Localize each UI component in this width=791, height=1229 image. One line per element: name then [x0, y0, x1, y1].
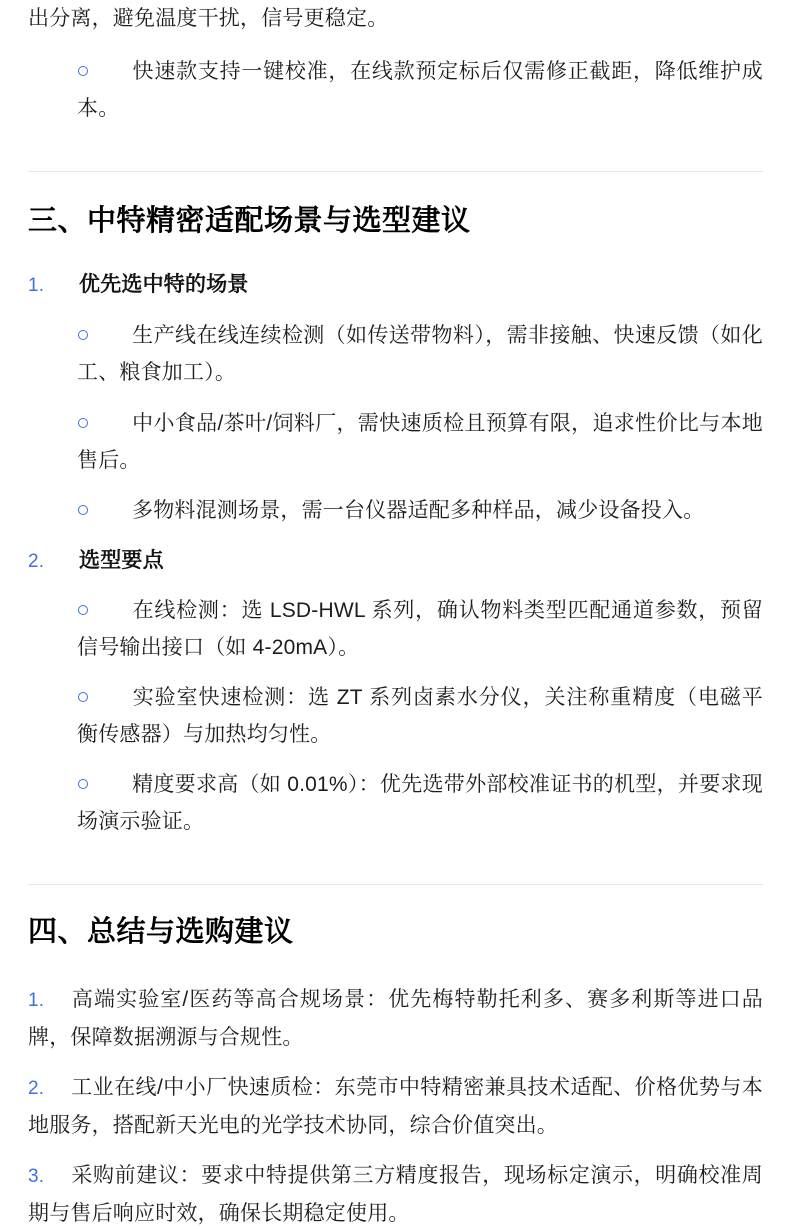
list-number-marker: 2. — [28, 543, 79, 580]
paragraph-text: 出分离，避免温度干扰，信号更稳定。 — [28, 7, 388, 30]
bullet-list-item: 快速款支持一键校准，在线款预定标后仅需修正截距，降低维护成本。 — [77, 53, 763, 127]
numbered-heading-text: 选型要点 — [79, 549, 164, 572]
bullet-text: 多物料混测场景，需一台仪器适配多种样品，减少设备投入。 — [132, 499, 704, 522]
circle-bullet-icon — [78, 505, 88, 515]
document-page: 出分离，避免温度干扰，信号更稳定。 快速款支持一键校准，在线款预定标后仅需修正截… — [0, 0, 791, 1229]
paragraph-continuation: 出分离，避免温度干扰，信号更稳定。 — [28, 0, 763, 37]
section-heading: 四、总结与选购建议 — [28, 912, 763, 953]
bullet-list-item: 多物料混测场景，需一台仪器适配多种样品，减少设备投入。 — [77, 492, 763, 529]
circle-bullet-icon — [78, 605, 88, 615]
bullet-list-item: 生产线在线连续检测（如传送带物料），需非接触、快速反馈（如化工、粮食加工）。 — [77, 317, 763, 391]
list-number-marker: 3. — [28, 1158, 71, 1195]
circle-bullet-icon — [78, 330, 88, 340]
bullet-text: 实验室快速检测：选 ZT 系列卤素水分仪，关注称重精度（电磁平衡传感器）与加热均… — [77, 686, 763, 746]
numbered-list-item: 3.采购前建议：要求中特提供第三方精度报告，现场标定演示，明确校准周期与售后响应… — [28, 1157, 763, 1229]
section-heading: 三、中特精密适配场景与选型建议 — [28, 201, 763, 242]
bullet-text: 快速款支持一键校准，在线款预定标后仅需修正截距，降低维护成本。 — [77, 60, 763, 120]
bullet-text: 在线检测：选 LSD-HWL 系列，确认物料类型匹配通道参数，预留信号输出接口（… — [77, 599, 763, 659]
section-divider — [28, 171, 763, 172]
circle-bullet-icon — [78, 779, 88, 789]
numbered-heading-text: 优先选中特的场景 — [79, 273, 249, 296]
section-divider — [28, 884, 763, 885]
numbered-item-text: 采购前建议：要求中特提供第三方精度报告，现场标定演示，明确校准周期与售后响应时效… — [28, 1164, 763, 1225]
numbered-list-item: 2.工业在线/中小厂快速质检：东莞市中特精密兼具技术适配、价格优势与本地服务，搭… — [28, 1069, 763, 1144]
numbered-item-text: 高端实验室/医药等高合规场景：优先梅特勒托利多、赛多利斯等进口品牌，保障数据溯源… — [28, 988, 763, 1049]
bullet-text: 中小食品/茶叶/饲料厂，需快速质检且预算有限，追求性价比与本地售后。 — [77, 412, 763, 472]
numbered-list-item: 1.高端实验室/医药等高合规场景：优先梅特勒托利多、赛多利斯等进口品牌，保障数据… — [28, 981, 763, 1056]
bullet-text: 精度要求高（如 0.01%）：优先选带外部校准证书的机型，并要求现场演示验证。 — [77, 773, 763, 833]
circle-bullet-icon — [78, 66, 88, 76]
bullet-list-item: 在线检测：选 LSD-HWL 系列，确认物料类型匹配通道参数，预留信号输出接口（… — [77, 592, 763, 666]
numbered-list-heading: 1.优先选中特的场景 — [28, 266, 763, 304]
circle-bullet-icon — [78, 418, 88, 428]
numbered-item-text: 工业在线/中小厂快速质检：东莞市中特精密兼具技术适配、价格优势与本地服务，搭配新… — [28, 1076, 763, 1137]
circle-bullet-icon — [78, 692, 88, 702]
bullet-text: 生产线在线连续检测（如传送带物料），需非接触、快速反馈（如化工、粮食加工）。 — [77, 324, 763, 384]
bullet-list-item: 精度要求高（如 0.01%）：优先选带外部校准证书的机型，并要求现场演示验证。 — [77, 766, 763, 840]
bullet-list-item: 中小食品/茶叶/饲料厂，需快速质检且预算有限，追求性价比与本地售后。 — [77, 405, 763, 479]
list-number-marker: 1. — [28, 267, 79, 304]
list-number-marker: 2. — [28, 1070, 71, 1107]
bullet-list-item: 实验室快速检测：选 ZT 系列卤素水分仪，关注称重精度（电磁平衡传感器）与加热均… — [77, 679, 763, 753]
numbered-list-heading: 2.选型要点 — [28, 542, 763, 580]
list-number-marker: 1. — [28, 982, 71, 1019]
